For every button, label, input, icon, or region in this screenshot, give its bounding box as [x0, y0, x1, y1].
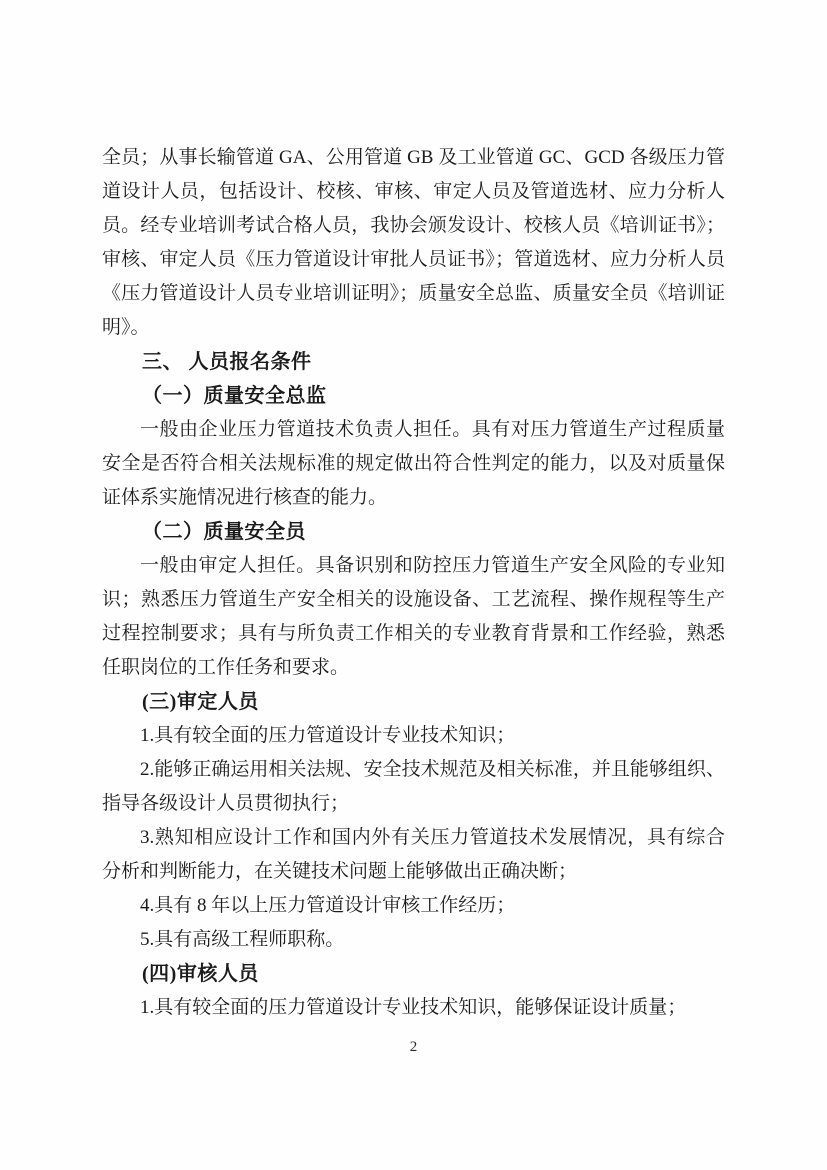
- subsection: （二）质量安全员: [102, 515, 725, 549]
- subsection-heading: （二）质量安全员: [102, 515, 725, 549]
- paragraph: 全员；从事长输管道 GA、公用管道 GB 及工业管道 GC、GCD 各级压力管 …: [102, 141, 725, 345]
- list-item: 3.熟知相应设计工作和国内外有关压力管道技术发展情况，具有综合 分析和判断能力，…: [102, 821, 725, 889]
- text-line: 2.能够正确运用相关法规、安全技术规范及相关标准，并且能够组织、: [102, 753, 725, 787]
- text-line: 1.具有较全面的压力管道设计专业技术知识；: [102, 719, 725, 753]
- text-line: 安全是否符合相关法规标准的规定做出符合性判定的能力，以及对质量保: [102, 447, 725, 481]
- text-line: 分析和判断能力，在关键技术问题上能够做出正确决断；: [102, 855, 725, 889]
- text-line: 3.熟知相应设计工作和国内外有关压力管道技术发展情况，具有综合: [102, 821, 725, 855]
- text-line: 1.具有较全面的压力管道设计专业技术知识，能够保证设计质量；: [102, 991, 725, 1025]
- subsection-heading: （一）质量安全总监: [102, 379, 725, 413]
- text-line: 明》。: [102, 311, 725, 345]
- text-line: 全员；从事长输管道 GA、公用管道 GB 及工业管道 GC、GCD 各级压力管: [102, 141, 725, 175]
- list-item: 4.具有 8 年以上压力管道设计审核工作经历；: [102, 889, 725, 923]
- document-page: 全员；从事长输管道 GA、公用管道 GB 及工业管道 GC、GCD 各级压力管 …: [0, 0, 827, 1170]
- page-number: 2: [0, 1036, 827, 1058]
- list-item: 1.具有较全面的压力管道设计专业技术知识；: [102, 719, 725, 753]
- subsection: (三)审定人员: [102, 685, 725, 719]
- text-line: 员。经专业培训考试合格人员，我协会颁发设计、校核人员《培训证书》；: [102, 209, 725, 243]
- text-line: 一般由审定人担任。具备识别和防控压力管道生产安全风险的专业知: [102, 549, 725, 583]
- text-line: 4.具有 8 年以上压力管道设计审核工作经历；: [102, 889, 725, 923]
- list-item: 1.具有较全面的压力管道设计专业技术知识，能够保证设计质量；: [102, 991, 725, 1025]
- list-item: 5.具有高级工程师职称。: [102, 923, 725, 957]
- paragraph: 一般由审定人担任。具备识别和防控压力管道生产安全风险的专业知 识；熟悉压力管道生…: [102, 549, 725, 685]
- section-heading: 三、 人员报名条件: [102, 345, 725, 379]
- text-line: 一般由企业压力管道技术负责人担任。具有对压力管道生产过程质量: [102, 413, 725, 447]
- subsection-heading: (三)审定人员: [102, 685, 725, 719]
- list-item: 2.能够正确运用相关法规、安全技术规范及相关标准，并且能够组织、 指导各级设计人…: [102, 753, 725, 821]
- text-line: 5.具有高级工程师职称。: [102, 923, 725, 957]
- paragraph: 一般由企业压力管道技术负责人担任。具有对压力管道生产过程质量 安全是否符合相关法…: [102, 413, 725, 515]
- text-line: 《压力管道设计人员专业培训证明》；质量安全总监、质量安全员《培训证: [102, 277, 725, 311]
- subsection: （一）质量安全总监: [102, 379, 725, 413]
- text-line: 道设计人员，包括设计、校核、审核、审定人员及管道选材、应力分析人: [102, 175, 725, 209]
- subsection: (四)审核人员: [102, 957, 725, 991]
- section: 三、 人员报名条件: [102, 345, 725, 379]
- text-line: 过程控制要求；具有与所负责工作相关的专业教育背景和工作经验，熟悉: [102, 617, 725, 651]
- text-line: 识；熟悉压力管道生产安全相关的设施设备、工艺流程、操作规程等生产: [102, 583, 725, 617]
- text-line: 证体系实施情况进行核查的能力。: [102, 481, 725, 515]
- text-line: 审核、审定人员《压力管道设计审批人员证书》；管道选材、应力分析人员: [102, 243, 725, 277]
- text-line: 指导各级设计人员贯彻执行；: [102, 787, 725, 821]
- text-line: 任职岗位的工作任务和要求。: [102, 651, 725, 685]
- subsection-heading: (四)审核人员: [102, 957, 725, 991]
- document-body: 全员；从事长输管道 GA、公用管道 GB 及工业管道 GC、GCD 各级压力管 …: [102, 141, 725, 1025]
